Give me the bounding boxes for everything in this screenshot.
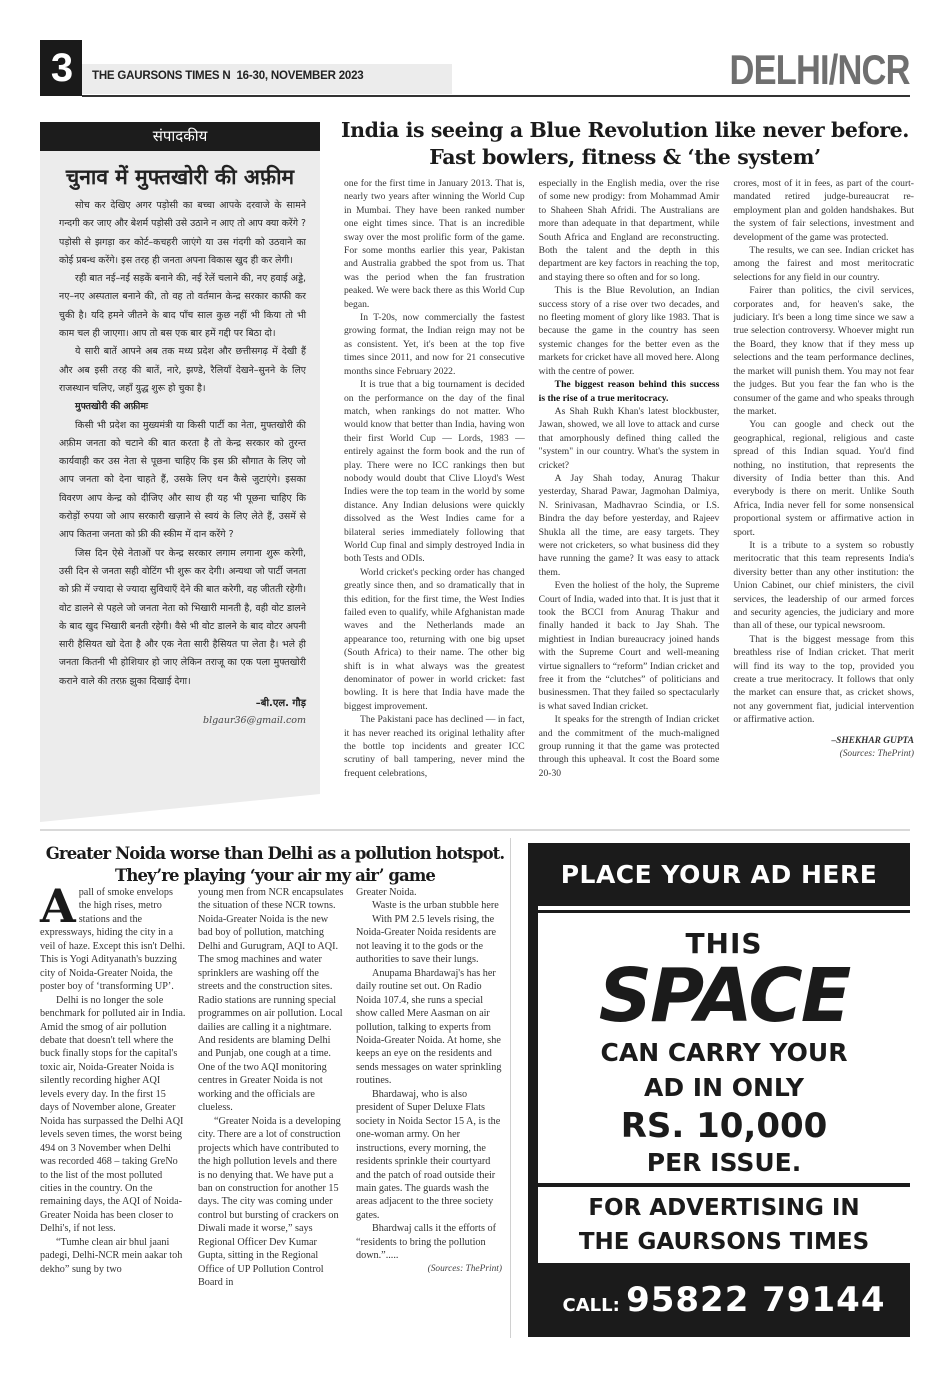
pollution-article-headline: Greater Noida worse than Delhi as a poll… [40, 843, 510, 887]
editorial-title: चुनाव में मुफ्तखोरी की अफ़ीम [46, 163, 314, 191]
article-paragraph: Even the holiest of the holy, the Suprem… [539, 579, 720, 713]
editorial-email: blgaur36@gmail.com [40, 715, 320, 726]
article-source: (Sources: ThePrint) [733, 748, 914, 761]
ad-only: AD IN ONLY [538, 1073, 910, 1102]
article-paragraph: Bhardwaj calls it the efforts of “reside… [356, 1222, 502, 1262]
article-paragraph: young men from NCR encapsulates the situ… [198, 886, 344, 1115]
article-paragraph: The Pakistani pace has declined — in fac… [344, 713, 525, 780]
article-paragraph: Bhardawaj, who is also president of Supe… [356, 1088, 502, 1223]
headline-line-1: India is seeing a Blue Revolution like n… [341, 118, 909, 142]
article-paragraph: You can google and check out the geograp… [733, 418, 914, 539]
cricket-article-headline: India is seeing a Blue Revolution like n… [335, 117, 915, 171]
ad-for-line-1: FOR ADVERTISING IN [538, 1191, 910, 1225]
article-column-1: A pall of smoke envelops the high rises,… [40, 886, 186, 1336]
editorial-body: सोच कर देखिए अगर पड़ोसी का बच्चा आपके दर… [40, 197, 320, 691]
article-paragraph: “Greater Noida is a developing city. The… [198, 1115, 344, 1290]
editorial-label: संपादकीय [40, 122, 320, 151]
pollution-article-body: A pall of smoke envelops the high rises,… [40, 886, 502, 1336]
editorial-signature: –बी.एल. गौड़ [40, 695, 320, 709]
article-paragraph: This is the Blue Revolution, an Indian s… [539, 284, 720, 378]
article-column-2: especially in the English media, over th… [539, 177, 720, 822]
paper-name-date: THE GAURSONS TIMES N 16-30, NOVEMBER 202… [92, 70, 364, 82]
ad-phone-number: 95822 79144 [626, 1280, 885, 1320]
article-subhead: Waste is the urban stubble here [356, 899, 502, 912]
ad-call-label: CALL: [563, 1295, 627, 1316]
vertical-divider [510, 838, 511, 1338]
editorial-paragraph: किसी भी प्रदेश का मुख्यमंत्री या किसी पा… [59, 417, 306, 545]
article-paragraph: It is a tribute to a system so robustly … [733, 539, 914, 633]
editorial-paragraph: जिस दिन ऐसे नेताओं पर केन्द्र सरकार लगाम… [59, 545, 306, 691]
article-paragraph: A Jay Shah today, Anurag Thakur yesterda… [539, 472, 720, 579]
article-paragraph: crores, most of it in fees, as part of t… [733, 177, 914, 244]
article-paragraph: It speaks for the strength of Indian cri… [539, 713, 720, 780]
article-paragraph: Greater Noida. [356, 886, 502, 899]
article-paragraph: The results, we can see. Indian cricket … [733, 244, 914, 284]
headline-line-1: Greater Noida worse than Delhi as a poll… [46, 844, 505, 863]
editorial-paragraph: रही बात नई–नई सड़कें बनाने की, नई रेलें … [59, 270, 306, 343]
article-paragraph: Anupama Bhardawaj's has her daily routin… [356, 967, 502, 1088]
editorial-box: संपादकीय चुनाव में मुफ्तखोरी की अफ़ीम सो… [40, 122, 320, 822]
article-paragraph: As Shah Rukh Khan's latest blockbuster, … [539, 405, 720, 472]
article-paragraph: With PM 2.5 levels rising, the Noida-Gre… [356, 913, 502, 967]
article-paragraph: World cricket's pecking order has change… [344, 566, 525, 713]
ad-for-line-2: THE GAURSONS TIMES [538, 1225, 910, 1259]
cricket-article-body: one for the first time in January 2013. … [344, 177, 914, 822]
masthead-rule [82, 95, 910, 97]
article-paragraph: That is the biggest message from this br… [733, 633, 914, 727]
drop-cap: A [40, 887, 76, 925]
article-paragraph: especially in the English media, over th… [539, 177, 720, 284]
editorial-subhead: मुफ्तखोरी की अफ़ीमः [59, 398, 306, 416]
article-subhead: The biggest reason behind this success i… [539, 378, 720, 405]
masthead: 3 THE GAURSONS TIMES N 16-30, NOVEMBER 2… [40, 40, 910, 96]
article-lead-paragraph: A pall of smoke envelops the high rises,… [40, 886, 186, 994]
headline-line-2: They’re playing ‘your air my air’ game [115, 866, 435, 885]
article-paragraph: Delhi is no longer the sole benchmark fo… [40, 994, 186, 1236]
ad-header: PLACE YOUR AD HERE [528, 843, 910, 903]
ad-per-issue: PER ISSUE. [538, 1148, 910, 1177]
ad-call-bar: CALL: 95822 79144 [538, 1263, 910, 1337]
editorial-paragraph: सोच कर देखिए अगर पड़ोसी का बच्चा आपके दर… [59, 197, 306, 270]
article-paragraph: one for the first time in January 2013. … [344, 177, 525, 311]
ad-rule [538, 906, 910, 910]
ad-for-panel: FOR ADVERTISING IN THE GAURSONS TIMES [538, 1187, 910, 1263]
article-source: (Sources: ThePrint) [356, 1263, 502, 1276]
article-paragraph: It is true that a big tournament is deci… [344, 378, 525, 566]
headline-line-2: Fast bowlers, fitness & ‘the system’ [429, 145, 820, 169]
ad-price: RS. 10,000 [538, 1106, 910, 1146]
article-column-2: young men from NCR encapsulates the situ… [198, 886, 344, 1336]
article-byline: –SHEKHAR GUPTA [733, 735, 914, 748]
editorial-paragraph: ये सारी बातें आपने अब तक मध्य प्रदेश और … [59, 343, 306, 398]
article-paragraph: “Tumhe clean air bhul jaani padegi, Delh… [40, 1236, 186, 1276]
article-paragraph: Fairer than politics, the civil services… [733, 284, 914, 418]
page-number: 3 [40, 40, 82, 96]
ad-space: SPACE [538, 958, 910, 1034]
advertisement-box: PLACE YOUR AD HERE THIS SPACE CAN CARRY … [528, 843, 910, 1337]
article-column-1: one for the first time in January 2013. … [344, 177, 525, 822]
article-paragraph: In T-20s, now commercially the fastest g… [344, 311, 525, 378]
article-column-3: Greater Noida. Waste is the urban stubbl… [356, 886, 502, 1336]
horizontal-divider [40, 829, 910, 831]
ad-main-panel: THIS SPACE CAN CARRY YOUR AD IN ONLY RS.… [538, 913, 910, 1183]
section-title: DELHI/NCR [730, 46, 910, 94]
article-column-3: crores, most of it in fees, as part of t… [733, 177, 914, 822]
ad-carry: CAN CARRY YOUR [538, 1038, 910, 1067]
